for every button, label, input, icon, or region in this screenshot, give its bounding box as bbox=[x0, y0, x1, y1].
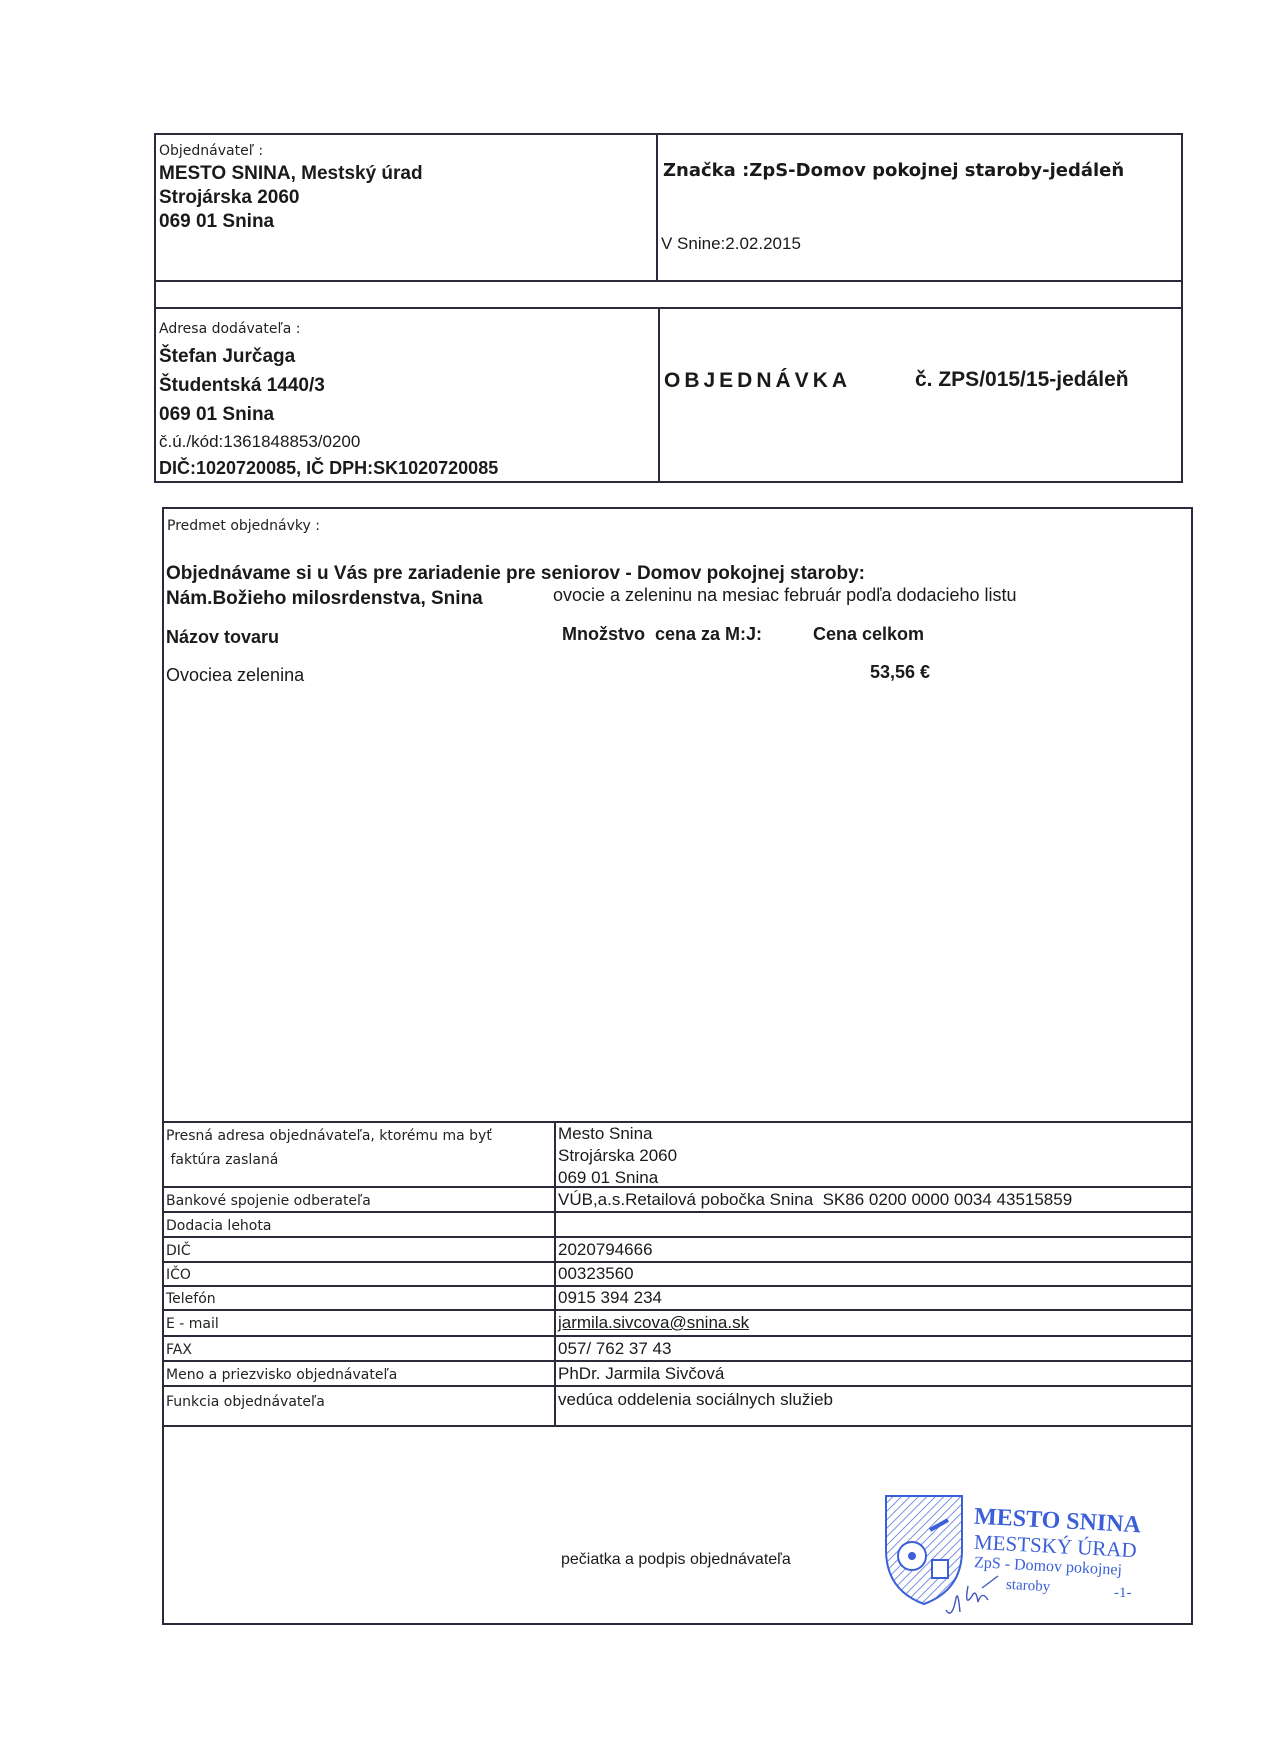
value-invoice-address-2: Strojárska 2060 bbox=[558, 1146, 677, 1166]
value-orderer-name: PhDr. Jarmila Sivčová bbox=[558, 1364, 724, 1384]
place-date: V Snine:2.02.2015 bbox=[661, 234, 801, 254]
label-fax: FAX bbox=[166, 1342, 192, 1358]
stamp-number: -1- bbox=[1114, 1585, 1132, 1602]
row-divider bbox=[162, 1309, 1193, 1311]
row-divider bbox=[162, 1360, 1193, 1362]
subject-box bbox=[162, 507, 1193, 1625]
col-header-total: Cena celkom bbox=[813, 624, 924, 645]
orderer-name: MESTO SNINA, Mestský úrad bbox=[159, 163, 423, 185]
order-number: č. ZPS/015/15-jedáleň bbox=[915, 368, 1129, 392]
value-phone: 0915 394 234 bbox=[558, 1288, 662, 1308]
item-name: Ovociea zelenina bbox=[166, 665, 304, 686]
top-divider bbox=[656, 133, 658, 282]
value-email-link[interactable]: jarmila.sivcova@snina.sk bbox=[558, 1313, 749, 1333]
value-fax: 057/ 762 37 43 bbox=[558, 1339, 671, 1359]
value-invoice-address-1: Mesto Snina bbox=[558, 1124, 653, 1144]
label-bank: Bankové spojenie odberateľa bbox=[166, 1193, 371, 1209]
row-divider bbox=[162, 1261, 1193, 1263]
row-divider bbox=[162, 1385, 1193, 1387]
city-stamp: MESTO SNINA MESTSKÝ ÚRAD ZpS - Domov pok… bbox=[878, 1490, 1178, 1620]
label-orderer-name: Meno a priezvisko objednávateľa bbox=[166, 1367, 397, 1383]
handwritten-signature-icon bbox=[938, 1568, 1018, 1628]
row-divider bbox=[162, 1425, 1193, 1427]
signature-caption: pečiatka a podpis objednávateľa bbox=[561, 1551, 791, 1569]
row-divider bbox=[162, 1335, 1193, 1337]
label-email: E - mail bbox=[166, 1316, 219, 1332]
row-divider bbox=[162, 1186, 1193, 1188]
value-invoice-address-3: 069 01 Snina bbox=[558, 1168, 658, 1188]
label-ico: IČO bbox=[166, 1267, 191, 1283]
label-orderer-function: Funkcia objednávateľa bbox=[166, 1394, 325, 1410]
subject-line2-left: Nám.Božieho milosrdenstva, Snina bbox=[166, 588, 483, 610]
value-bank: VÚB,a.s.Retailová pobočka Snina SK86 020… bbox=[558, 1190, 1072, 1210]
label-invoice-address: Presná adresa objednávateľa, ktorému ma … bbox=[166, 1128, 492, 1144]
supplier-city: 069 01 Snina bbox=[159, 404, 274, 426]
item-total: 53,56 € bbox=[870, 662, 930, 683]
order-title-word: OBJEDNÁVKA bbox=[664, 369, 851, 393]
value-orderer-function: vedúca oddelenia sociálnych služieb bbox=[558, 1390, 833, 1410]
value-ico: 00323560 bbox=[558, 1264, 634, 1284]
details-col-divider bbox=[554, 1121, 556, 1427]
supplier-tax-ids: DIČ:1020720085, IČ DPH:SK1020720085 bbox=[159, 458, 498, 479]
subject-line2-right: ovocie a zeleninu na mesiac február podľ… bbox=[553, 585, 1017, 606]
label-phone: Telefón bbox=[166, 1291, 216, 1307]
orderer-street: Strojárska 2060 bbox=[159, 187, 300, 209]
supplier-account: č.ú./kód:1361848853/0200 bbox=[159, 432, 360, 452]
spacer-row bbox=[154, 280, 1183, 309]
row-divider bbox=[162, 1285, 1193, 1287]
subject-line1: Objednávame si u Vás pre zariadenie pre … bbox=[166, 563, 865, 585]
row-divider bbox=[162, 1211, 1193, 1213]
col-header-name: Názov tovaru bbox=[166, 627, 279, 648]
supplier-label: Adresa dodávateľa : bbox=[159, 321, 300, 337]
orderer-box bbox=[154, 133, 1183, 282]
col-header-qty-price: Množstvo cena za M:J: bbox=[562, 624, 762, 645]
order-mark: Značka :ZpS-Domov pokojnej staroby-jedál… bbox=[663, 160, 1124, 181]
supplier-name: Štefan Jurčaga bbox=[159, 346, 295, 368]
label-invoice-address-2: faktúra zaslaná bbox=[166, 1152, 278, 1168]
label-delivery-time: Dodacia lehota bbox=[166, 1218, 271, 1234]
supplier-divider bbox=[658, 307, 660, 483]
orderer-label: Objednávateľ : bbox=[159, 143, 263, 159]
details-top-line bbox=[162, 1121, 1193, 1123]
row-divider bbox=[162, 1236, 1193, 1238]
value-dic: 2020794666 bbox=[558, 1240, 653, 1260]
label-dic: DIČ bbox=[166, 1243, 191, 1259]
supplier-street: Študentská 1440/3 bbox=[159, 375, 325, 397]
orderer-city: 069 01 Snina bbox=[159, 211, 274, 233]
subject-label: Predmet objednávky : bbox=[167, 518, 320, 534]
